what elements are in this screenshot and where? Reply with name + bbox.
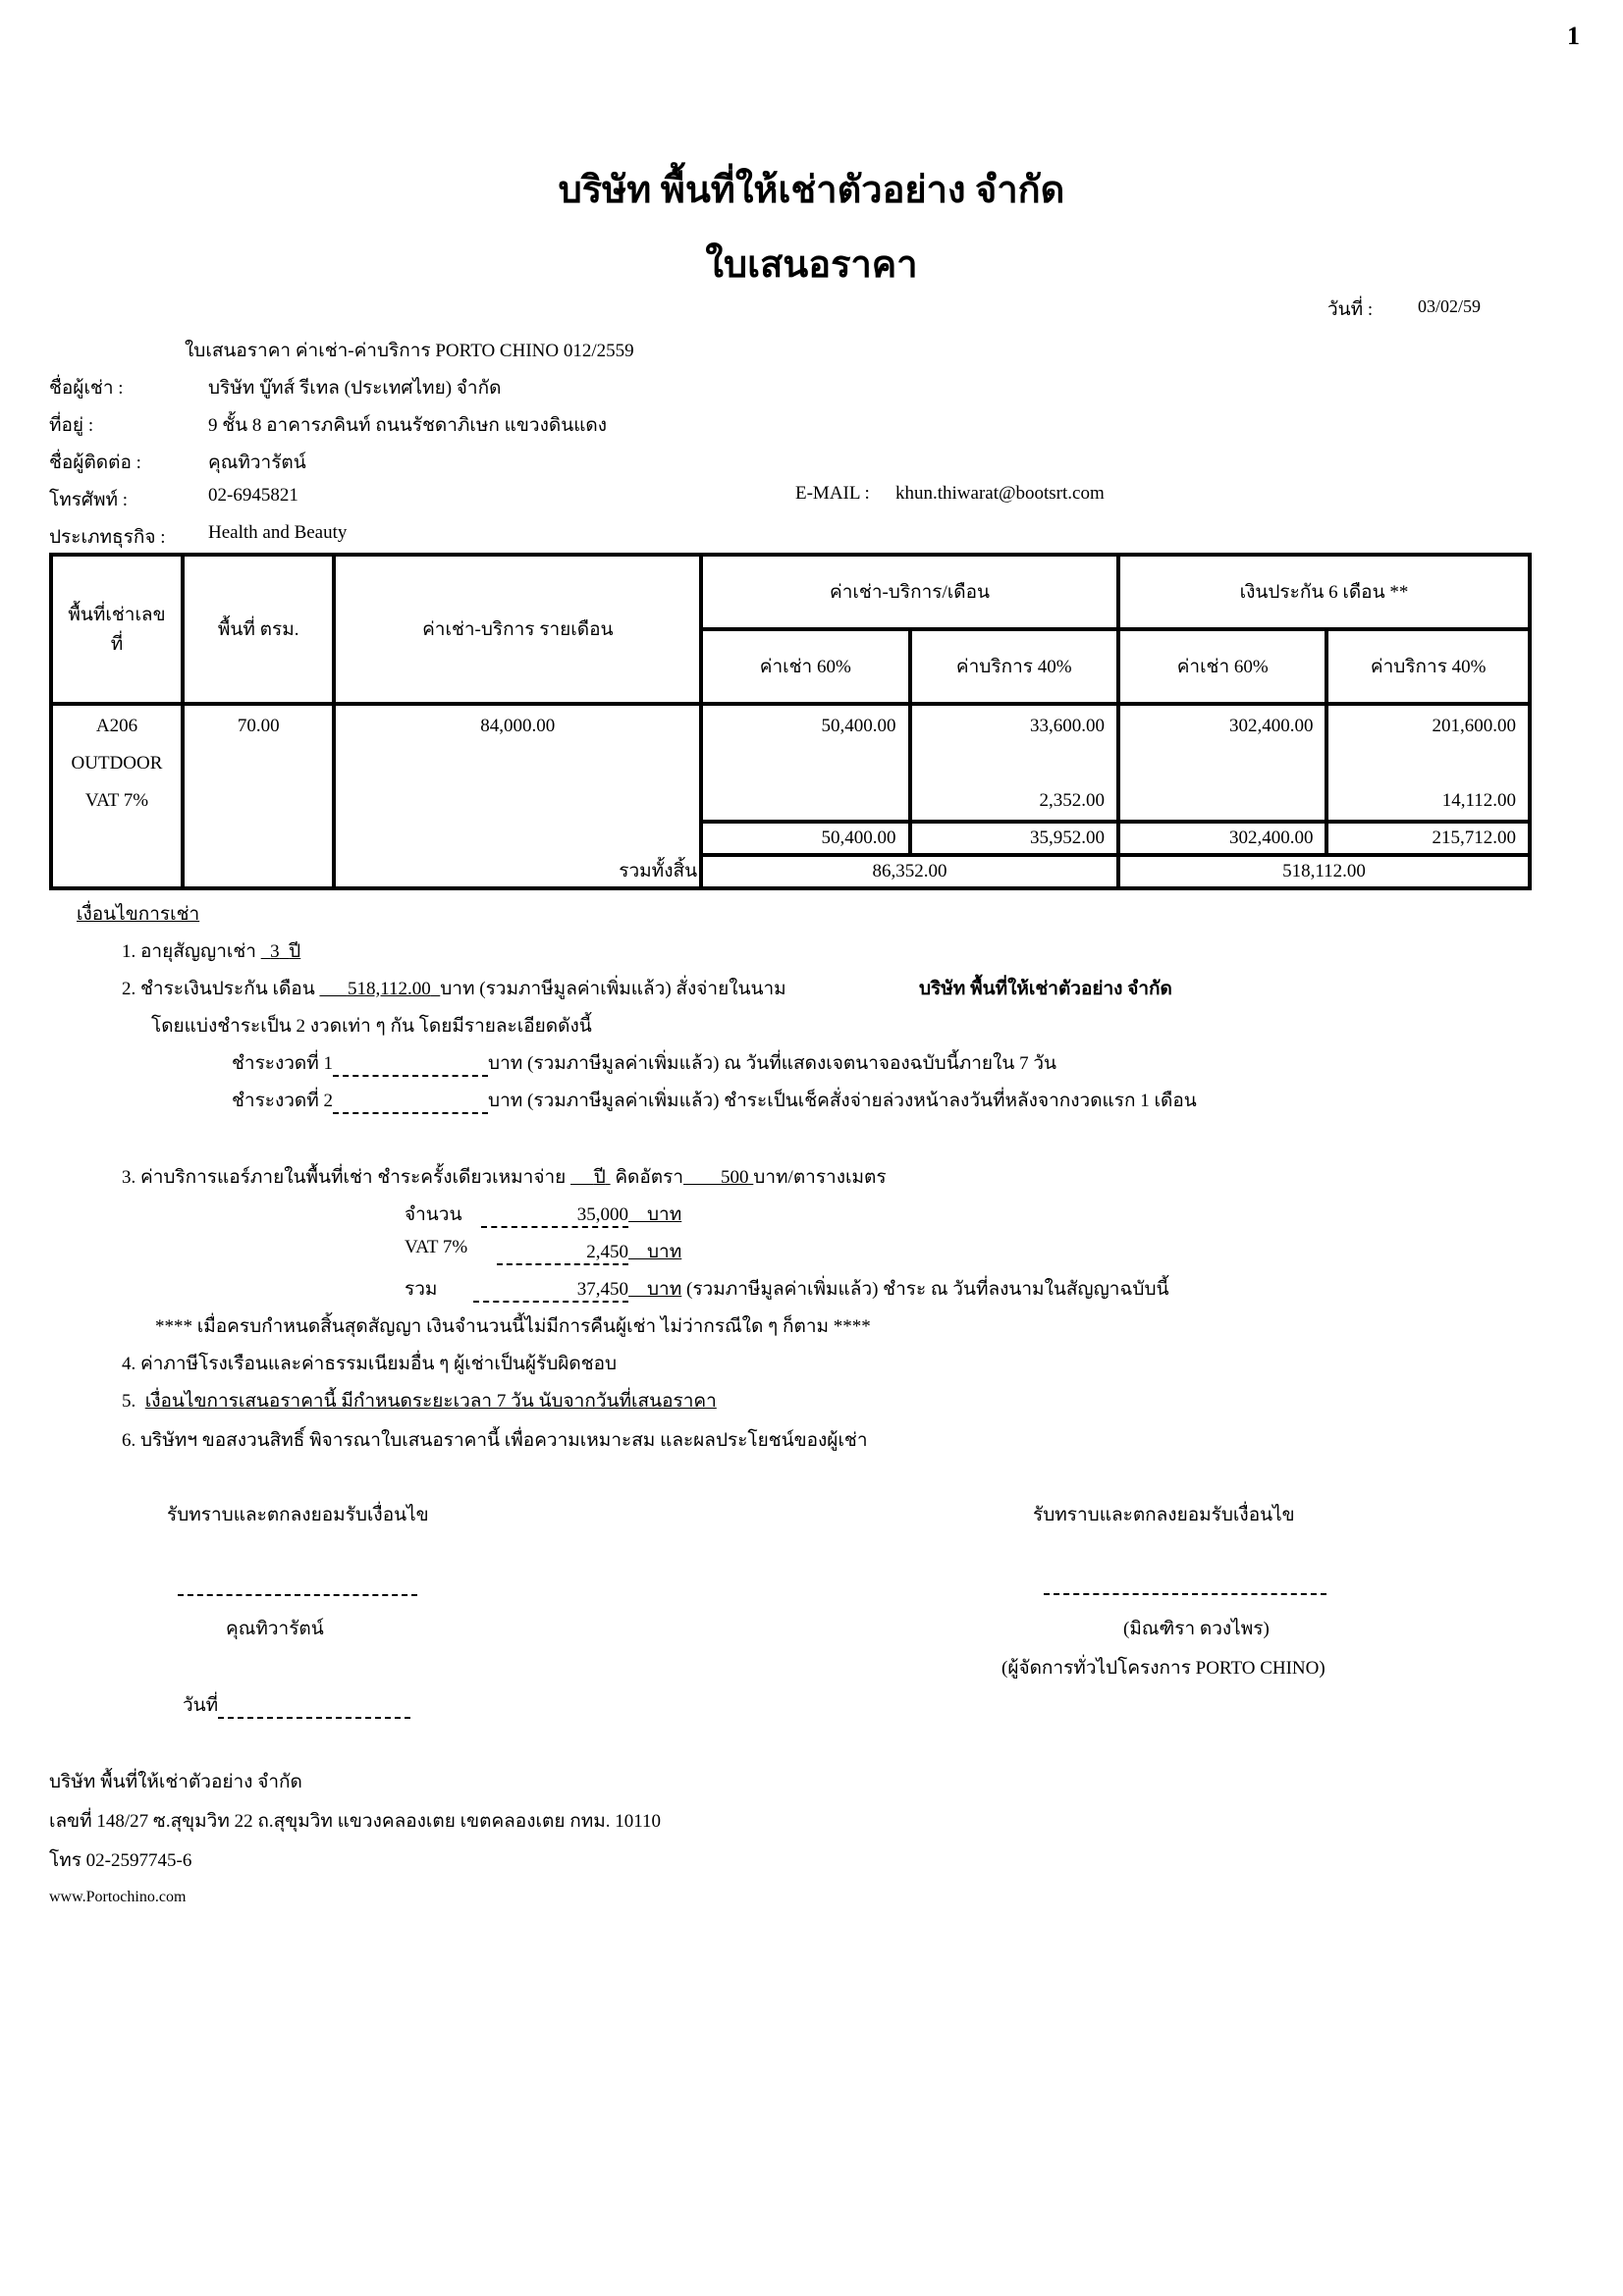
date-label: วันที่ : bbox=[1327, 294, 1373, 324]
right-acknowledge-text: รับทราบและตกลงยอมรับเงื่อนไข bbox=[1033, 1500, 1295, 1529]
left-signer-name: คุณทิวารัตน์ bbox=[226, 1614, 324, 1643]
company-title: บริษัท พื้นที่ให้เช่าตัวอย่าง จำกัด bbox=[0, 159, 1623, 219]
space-code: A206 bbox=[65, 708, 169, 745]
document-title: ใบเสนอราคา bbox=[0, 234, 1623, 294]
condition-2: 2. ชำระเงินประกัน เดือน 518,112.00 บาท (… bbox=[122, 974, 786, 1003]
phone-value: 02-6945821 bbox=[208, 485, 298, 507]
space-no-cell: A206 OUTDOOR VAT 7% bbox=[51, 704, 183, 888]
phone-label: โทรศัพท์ : bbox=[49, 485, 128, 514]
air-amount-label: จำนวน bbox=[405, 1200, 461, 1229]
vat-label: VAT 7% bbox=[65, 782, 169, 820]
date-value: 03/02/59 bbox=[1418, 296, 1481, 317]
lease-term-value: 3 bbox=[270, 941, 280, 962]
page-number: 1 bbox=[1567, 22, 1580, 51]
air-total-label: รวม bbox=[405, 1274, 437, 1304]
air-amount-value: 35,000 bbox=[481, 1204, 628, 1228]
address-value: 9 ชั้น 8 อาคารภคินท์ ถนนรัชดาภิเษก แขวงด… bbox=[208, 410, 607, 440]
non-refundable-note: **** เมื่อครบกำหนดสิ้นสุดสัญญา เงินจำนวน… bbox=[155, 1311, 871, 1341]
grand-total-deposit: 518,112.00 bbox=[1118, 855, 1530, 888]
air-vat-label: VAT 7% bbox=[405, 1237, 467, 1258]
condition-1: 1. อายุสัญญาเช่า 3 ปี bbox=[122, 936, 300, 966]
left-acknowledge-text: รับทราบและตกลงยอมรับเงื่อนไข bbox=[167, 1500, 429, 1529]
rent-60-cell: 50,400.00 bbox=[701, 704, 909, 822]
tenant-label: ชื่อผู้เช่า : bbox=[49, 373, 124, 402]
condition-5: 5. เงื่อนไขการเสนอราคานี้ มีกำหนดระยะเวล… bbox=[122, 1386, 717, 1415]
subtotal-deposit-service-40: 215,712.00 bbox=[1326, 822, 1530, 855]
business-type-value: Health and Beauty bbox=[208, 522, 347, 544]
deposit-service-40-cell: 201,600.00 14,112.00 bbox=[1326, 704, 1530, 822]
condition-6: 6. บริษัทฯ ขอสงวนสิทธิ์ พิจารณาใบเสนอราค… bbox=[122, 1425, 868, 1455]
right-signature-line[interactable] bbox=[1044, 1593, 1326, 1595]
header-rent-60: ค่าเช่า 60% bbox=[701, 629, 909, 704]
right-signer-title: (ผู้จัดการทั่วไปโครงการ PORTO CHINO) bbox=[1001, 1653, 1325, 1682]
installment-intro: โดยแบ่งชำระเป็น 2 งวดเท่า ๆ กัน โดยมีราย… bbox=[151, 1011, 592, 1041]
header-service-40: ค่าบริการ 40% bbox=[910, 629, 1118, 704]
grand-total-label: รวมทั้งสิ้น bbox=[334, 855, 701, 888]
table-row: A206 OUTDOOR VAT 7% 70.00 84,000.00 50,4… bbox=[51, 704, 1530, 822]
deposit-amount-value: 518,112.00 bbox=[348, 979, 431, 999]
email-value: khun.thiwarat@bootsrt.com bbox=[895, 483, 1105, 505]
installment-1: ชำระงวดที่ 1 บาท (รวมภาษีมูลค่าเพิ่มแล้ว… bbox=[232, 1048, 1056, 1078]
installment-2-blank bbox=[333, 1091, 488, 1114]
air-total-line: 37,450 บาท (รวมภาษีมูลค่าเพิ่มแล้ว) ชำระ… bbox=[473, 1274, 1169, 1304]
right-signer-name: (มิณฑิรา ดวงไพร) bbox=[1123, 1614, 1270, 1643]
business-type-label: ประเภทธุรกิจ : bbox=[49, 522, 165, 552]
footer-company: บริษัท พื้นที่ให้เช่าตัวอย่าง จำกัด bbox=[49, 1767, 302, 1796]
air-vat-value: 2,450 bbox=[497, 1242, 628, 1265]
footer-website[interactable]: www.Portochino.com bbox=[49, 1889, 186, 1906]
footer-phone: โทร 02-2597745-6 bbox=[49, 1845, 191, 1875]
conditions-heading: เงื่อนไขการเช่า bbox=[77, 899, 199, 929]
deposit-service-40-value: 201,600.00 bbox=[1340, 708, 1516, 745]
grand-total-monthly: 86,352.00 bbox=[701, 855, 1118, 888]
area-cell: 70.00 bbox=[183, 704, 335, 888]
installment-1-blank bbox=[333, 1053, 488, 1077]
payee-name: บริษัท พื้นที่ให้เช่าตัวอย่าง จำกัด bbox=[919, 974, 1172, 1003]
deposit-service-40-vat: 14,112.00 bbox=[1340, 782, 1516, 820]
service-40-cell: 33,600.00 2,352.00 bbox=[910, 704, 1118, 822]
service-40-vat: 2,352.00 bbox=[924, 782, 1105, 820]
header-deposit-group: เงินประกัน 6 เดือน ** bbox=[1118, 555, 1530, 629]
header-space-no: พื้นที่เช่าเลขที่ bbox=[51, 555, 183, 704]
header-area: พื้นที่ ตรม. bbox=[183, 555, 335, 704]
header-monthly: ค่าเช่า-บริการ รายเดือน bbox=[334, 555, 701, 704]
quote-reference: ใบเสนอราคา ค่าเช่า-ค่าบริการ PORTO CHINO… bbox=[185, 336, 634, 365]
condition-3: 3. ค่าบริการแอร์ภายในพื้นที่เช่า ชำระครั… bbox=[122, 1162, 887, 1192]
left-date-blank[interactable] bbox=[218, 1695, 410, 1719]
air-amount-line: 35,000 บาท bbox=[481, 1200, 681, 1229]
subtotal-deposit-rent-60: 302,400.00 bbox=[1118, 822, 1326, 855]
tenant-value: บริษัท บู๊ทส์ รีเทล (ประเทศไทย) จำกัด bbox=[208, 373, 501, 402]
air-vat-line: 2,450 บาท bbox=[497, 1237, 681, 1266]
quote-table: พื้นที่เช่าเลขที่ พื้นที่ ตรม. ค่าเช่า-บ… bbox=[49, 553, 1532, 890]
header-deposit-rent-60: ค่าเช่า 60% bbox=[1118, 629, 1326, 704]
email-label: E-MAIL : bbox=[795, 483, 870, 505]
header-deposit-service-40: ค่าบริการ 40% bbox=[1326, 629, 1530, 704]
address-label: ที่อยู่ : bbox=[49, 410, 93, 440]
left-signature-line[interactable] bbox=[178, 1594, 417, 1596]
air-rate-value: 500 bbox=[721, 1167, 749, 1188]
header-per-month-group: ค่าเช่า-บริการ/เดือน bbox=[701, 555, 1118, 629]
contact-label: ชื่อผู้ติดต่อ : bbox=[49, 448, 141, 477]
space-type: OUTDOOR bbox=[65, 745, 169, 782]
subtotal-service-40: 35,952.00 bbox=[910, 822, 1118, 855]
service-40-value: 33,600.00 bbox=[924, 708, 1105, 745]
condition-4: 4. ค่าภาษีโรงเรือนและค่าธรรมเนียมอื่น ๆ … bbox=[122, 1349, 617, 1378]
monthly-cell: 84,000.00 bbox=[334, 704, 701, 855]
air-total-value: 37,450 bbox=[473, 1279, 628, 1303]
footer-address: เลขที่ 148/27 ซ.สุขุมวิท 22 ถ.สุขุมวิท แ… bbox=[49, 1806, 661, 1836]
subtotal-rent-60: 50,400.00 bbox=[701, 822, 909, 855]
left-date: วันที่ bbox=[183, 1690, 410, 1720]
installment-2: ชำระงวดที่ 2 บาท (รวมภาษีมูลค่าเพิ่มแล้ว… bbox=[232, 1086, 1197, 1115]
deposit-rent-60-cell: 302,400.00 bbox=[1118, 704, 1326, 822]
contact-value: คุณทิวารัตน์ bbox=[208, 448, 306, 477]
